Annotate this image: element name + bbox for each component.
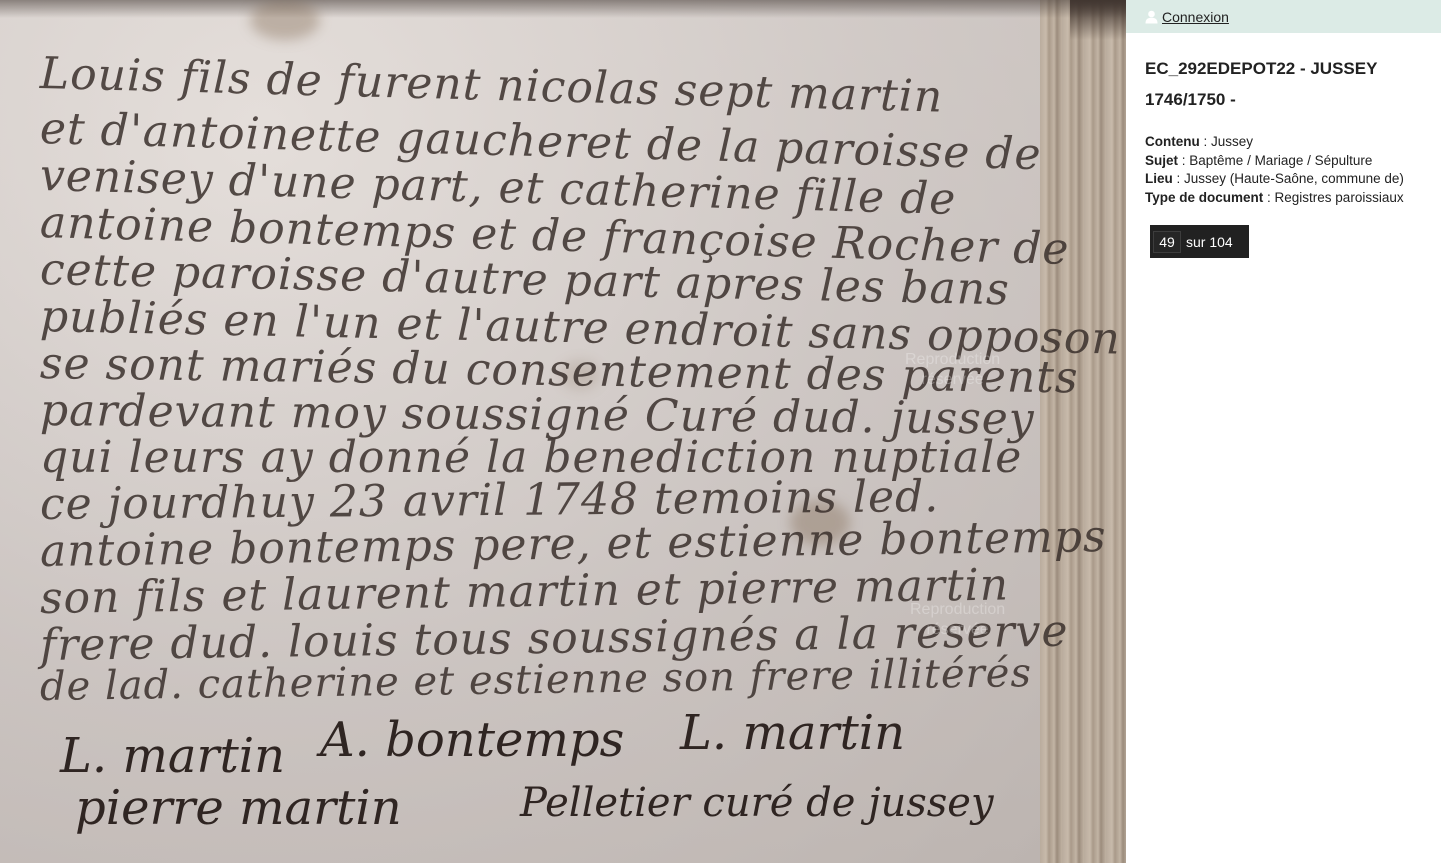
- metadata-key: Sujet: [1145, 153, 1178, 168]
- metadata-sujet: Sujet : Baptême / Mariage / Sépulture: [1145, 152, 1422, 171]
- page-top-shadow: [0, 0, 1126, 18]
- metadata-separator: :: [1263, 190, 1274, 205]
- signature: L. martin: [60, 728, 285, 784]
- metadata-separator: :: [1200, 134, 1211, 149]
- document-image-viewer[interactable]: Louis fils de furent nicolas sept martin…: [0, 0, 1126, 863]
- metadata-key: Contenu: [1145, 134, 1200, 149]
- page-total-label: sur 104: [1186, 234, 1233, 250]
- metadata-separator: :: [1178, 153, 1189, 168]
- watermark-line: Reproduction: [910, 600, 1005, 620]
- metadata-contenu: Contenu : Jussey: [1145, 133, 1422, 152]
- metadata-value: Baptême / Mariage / Sépulture: [1189, 153, 1372, 168]
- document-title-line: 1746/1750 -: [1145, 84, 1422, 115]
- watermark-line: réservée: [905, 370, 1000, 390]
- metadata-type-document: Type de document : Registres paroissiaux: [1145, 189, 1422, 208]
- metadata-separator: :: [1173, 171, 1184, 186]
- login-label: Connexion: [1162, 9, 1229, 25]
- watermark-line: Reproduction: [905, 350, 1000, 370]
- metadata-list: Contenu : Jussey Sujet : Baptême / Maria…: [1145, 133, 1422, 207]
- login-link[interactable]: Connexion: [1145, 9, 1229, 25]
- document-title: EC_292EDEPOT22 - JUSSEY 1746/1750 -: [1145, 53, 1422, 115]
- watermark: Reproduction réservée: [905, 350, 1000, 390]
- signature: L. martin: [680, 705, 905, 761]
- paper-stain: [250, 0, 320, 40]
- top-bar: Connexion: [1126, 0, 1441, 33]
- signature: A. bontemps: [320, 712, 624, 768]
- page-binding-edge: [1040, 0, 1126, 863]
- metadata-value: Jussey (Haute-Saône, commune de): [1184, 171, 1404, 186]
- metadata-key: Lieu: [1145, 171, 1173, 186]
- metadata-key: Type de document: [1145, 190, 1263, 205]
- signature: Pelletier curé de jussey: [520, 780, 994, 826]
- watermark: Reproduction réservée: [910, 600, 1005, 640]
- page-number-input[interactable]: [1153, 231, 1181, 253]
- metadata-lieu: Lieu : Jussey (Haute-Saône, commune de): [1145, 170, 1422, 189]
- signature: pierre martin: [75, 780, 402, 836]
- metadata-value: Registres paroissiaux: [1275, 190, 1404, 205]
- document-info-panel: Connexion EC_292EDEPOT22 - JUSSEY 1746/1…: [1126, 0, 1441, 863]
- document-title-line: EC_292EDEPOT22 - JUSSEY: [1145, 53, 1422, 84]
- user-icon: [1145, 10, 1158, 24]
- metadata-value: Jussey: [1211, 134, 1253, 149]
- watermark-line: réservée: [910, 620, 1005, 640]
- page-navigator: sur 104: [1150, 225, 1249, 258]
